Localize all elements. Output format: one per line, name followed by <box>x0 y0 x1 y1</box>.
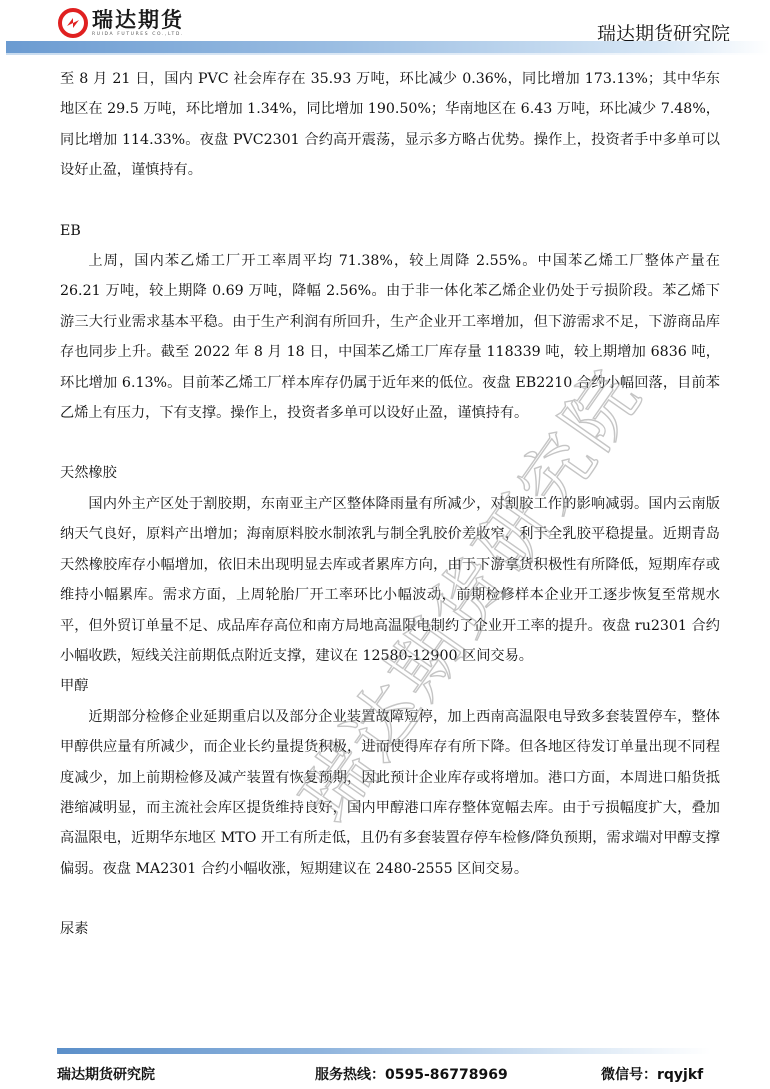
section-title-eb: EB <box>60 216 720 246</box>
report-body: 至 8 月 21 日，国内 PVC 社会库存在 35.93 万吨，环比减少 0.… <box>60 64 720 945</box>
page-header: 瑞达期货 RUIDA FUTURES CO.,LTD. 瑞达期货研究院 <box>0 0 770 60</box>
spacer <box>60 428 720 458</box>
eb-paragraph: 上周，国内苯乙烯工厂开工率周平均 71.38%，较上周降 2.55%。中国苯乙烯… <box>60 246 720 428</box>
ruida-logo-icon <box>58 8 88 38</box>
company-logo: 瑞达期货 RUIDA FUTURES CO.,LTD. <box>58 6 184 40</box>
footer-org-name: 瑞达期货研究院 <box>57 1064 155 1084</box>
logo-chinese-name: 瑞达期货 <box>92 8 184 32</box>
pvc-paragraph: 至 8 月 21 日，国内 PVC 社会库存在 35.93 万吨，环比减少 0.… <box>60 64 720 186</box>
header-divider <box>6 53 770 55</box>
footer-wechat: 微信号：rqyjkf <box>601 1064 703 1084</box>
spacer <box>60 884 720 914</box>
section-title-rubber: 天然橡胶 <box>60 458 720 488</box>
page-footer: 瑞达期货研究院 服务热线：0595-86778969 微信号：rqyjkf <box>57 1064 717 1086</box>
section-title-methanol: 甲醇 <box>60 671 720 701</box>
footer-gradient-bar <box>57 1048 711 1054</box>
section-title-urea: 尿素 <box>60 914 720 944</box>
logo-english-name: RUIDA FUTURES CO.,LTD. <box>92 32 184 38</box>
spacer <box>60 186 720 216</box>
rubber-paragraph: 国内外主产区处于割胶期，东南亚主产区整体降雨量有所减少，对割胶工作的影响减弱。国… <box>60 489 720 671</box>
methanol-paragraph: 近期部分检修企业延期重启以及部分企业装置故障短停，加上西南高温限电导致多套装置停… <box>60 702 720 884</box>
footer-hotline: 服务热线：0595-86778969 <box>315 1064 508 1084</box>
header-gradient-bar <box>6 41 770 53</box>
